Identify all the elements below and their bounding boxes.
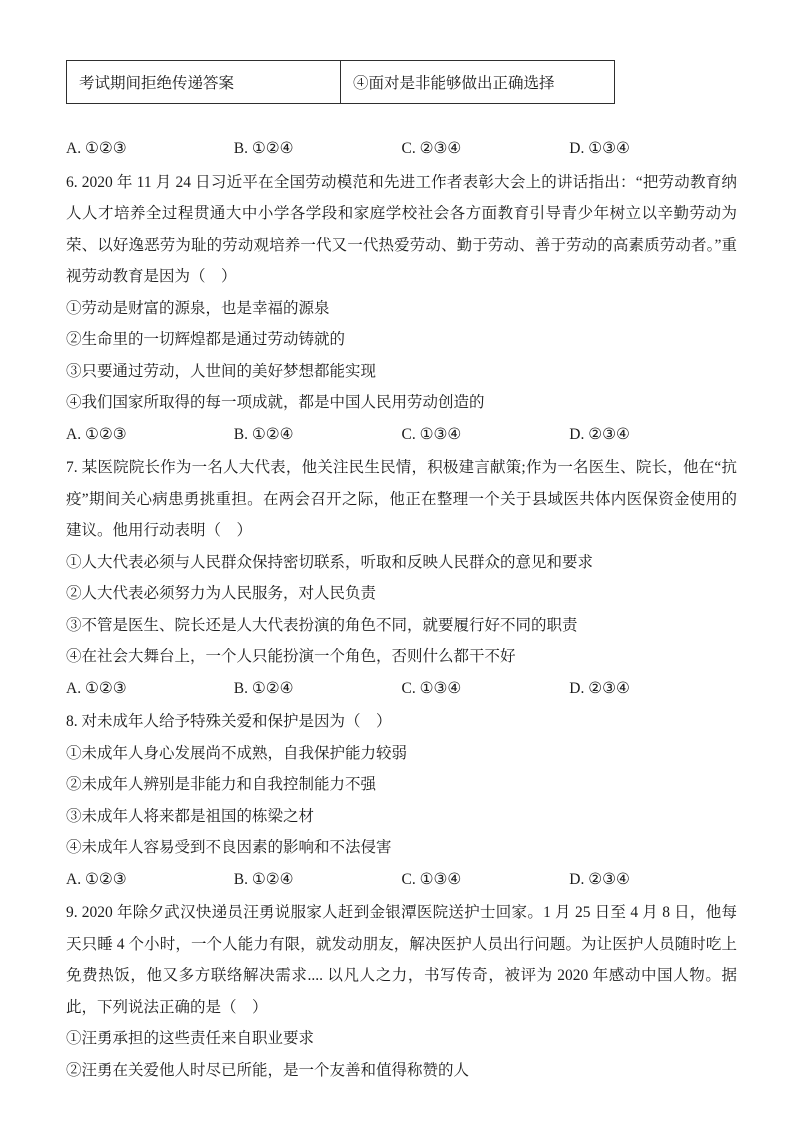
answer-choice-d: D. ①③④ (569, 133, 737, 165)
question-6-stem: 6. 2020 年 11 月 24 日习近平在全国劳动模范和先进工作者表彰大会上… (66, 167, 737, 293)
answer-choice-c: C. ①③④ (402, 673, 570, 705)
answer-row-question-7: A. ①②③ B. ①②④ C. ①③④ D. ②③④ (66, 673, 737, 705)
answer-choice-d: D. ②③④ (569, 673, 737, 705)
answer-choice-a: A. ①②③ (66, 673, 234, 705)
question-7-option-4: ④在社会大舞台上，一个人只能扮演一个角色，否则什么都干不好 (66, 641, 737, 673)
question-6-option-2: ②生命里的一切辉煌都是通过劳动铸就的 (66, 324, 737, 356)
answer-row-question-6: A. ①②③ B. ①②④ C. ①③④ D. ②③④ (66, 419, 737, 451)
question-8: 8. 对未成年人给予特殊关爱和保护是因为（ ） ①未成年人身心发展尚不成熟，自我… (66, 706, 737, 895)
question-7: 7. 某医院院长作为一名人大代表，他关注民生民情，积极建言献策;作为一名医生、院… (66, 452, 737, 704)
question-6-option-3: ③只要通过劳动，人世间的美好梦想都能实现 (66, 356, 737, 388)
exam-page: 考试期间拒绝传递答案 ④面对是非能够做出正确选择 A. ①②③ B. ①②④ C… (0, 0, 793, 1122)
question-8-option-4: ④未成年人容易受到不良因素的影响和不法侵害 (66, 832, 737, 864)
answer-choice-a: A. ①②③ (66, 419, 234, 451)
question-8-option-2: ②未成年人辨别是非能力和自我控制能力不强 (66, 769, 737, 801)
question-7-option-1: ①人大代表必须与人民群众保持密切联系，听取和反映人民群众的意见和要求 (66, 547, 737, 579)
question-8-option-1: ①未成年人身心发展尚不成熟，自我保护能力较弱 (66, 738, 737, 770)
answer-choice-b: B. ①②④ (234, 419, 402, 451)
header-table-cell-right: ④面对是非能够做出正确选择 (341, 61, 615, 104)
question-7-option-3: ③不管是医生、院长还是人大代表扮演的角色不同，就要履行好不同的职责 (66, 610, 737, 642)
question-6: 6. 2020 年 11 月 24 日习近平在全国劳动模范和先进工作者表彰大会上… (66, 167, 737, 451)
question-9-option-2: ②汪勇在关爱他人时尽已所能，是一个友善和值得称赞的人 (66, 1055, 737, 1087)
answer-choice-b: B. ①②④ (234, 864, 402, 896)
question-6-option-4: ④我们国家所取得的每一项成就，都是中国人民用劳动创造的 (66, 387, 737, 419)
answer-choice-a: A. ①②③ (66, 864, 234, 896)
question-7-stem: 7. 某医院院长作为一名人大代表，他关注民生民情，积极建言献策;作为一名医生、院… (66, 452, 737, 547)
question-8-stem: 8. 对未成年人给予特殊关爱和保护是因为（ ） (66, 706, 737, 738)
question-7-option-2: ②人大代表必须努力为人民服务，对人民负责 (66, 578, 737, 610)
answer-choice-c: C. ②③④ (402, 133, 570, 165)
header-table-cell-left: 考试期间拒绝传递答案 (67, 61, 341, 104)
answer-choice-b: B. ①②④ (234, 673, 402, 705)
answer-choice-d: D. ②③④ (569, 419, 737, 451)
header-table-row: 考试期间拒绝传递答案 ④面对是非能够做出正确选择 (67, 61, 615, 104)
answer-choice-b: B. ①②④ (234, 133, 402, 165)
question-8-option-3: ③未成年人将来都是祖国的栋梁之材 (66, 801, 737, 833)
question-9-stem: 9. 2020 年除夕武汉快递员汪勇说服家人赶到金银潭医院送护士回家。1 月 2… (66, 897, 737, 1023)
question-6-option-1: ①劳动是财富的源泉，也是幸福的源泉 (66, 293, 737, 325)
answer-choice-c: C. ①③④ (402, 864, 570, 896)
question-9-option-1: ①汪勇承担的这些责任来自职业要求 (66, 1023, 737, 1055)
answer-choice-c: C. ①③④ (402, 419, 570, 451)
answer-row-question-5: A. ①②③ B. ①②④ C. ②③④ D. ①③④ (66, 133, 737, 165)
header-table: 考试期间拒绝传递答案 ④面对是非能够做出正确选择 (66, 60, 615, 104)
answer-choice-a: A. ①②③ (66, 133, 234, 165)
question-9: 9. 2020 年除夕武汉快递员汪勇说服家人赶到金银潭医院送护士回家。1 月 2… (66, 897, 737, 1086)
answer-row-question-8: A. ①②③ B. ①②④ C. ①③④ D. ②③④ (66, 864, 737, 896)
answer-choice-d: D. ②③④ (569, 864, 737, 896)
